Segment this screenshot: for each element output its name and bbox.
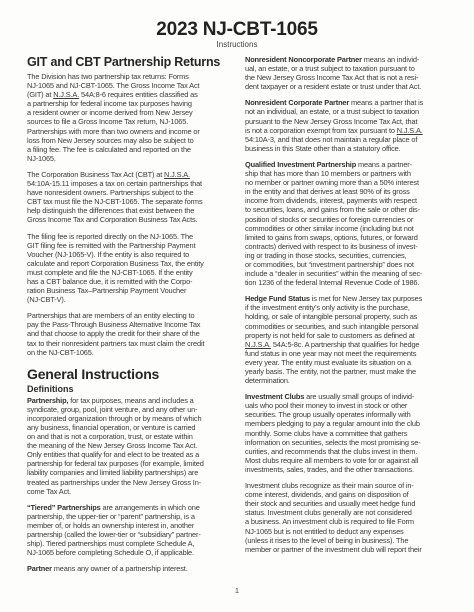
paragraph-cbt-act: The Corporation Business Tax Act (CBT) a… [27,170,231,225]
term-lead-in: Investment Clubs [245,392,304,401]
paragraph-nonresident-noncorporate: Nonresident Noncorporate Partner means a… [245,55,462,91]
document-page: 2023 NJ-CBT-1065 Instructions GIT and CB… [0,0,474,612]
paragraph-partnership-definition: Partnership, for tax purposes, means and… [27,396,231,496]
term-lead-in: Nonresident Noncorporate Partner [245,55,362,64]
term-lead-in: Qualified Investment Partnership [245,160,356,169]
paragraph-qualified-investment: Qualified Investment Partnership means a… [245,160,462,287]
body-text: Partnerships that are members of an enti… [27,311,204,356]
document-header: 2023 NJ-CBT-1065 Instructions [0,0,474,50]
body-text: for tax purposes, means and includes a s… [27,396,204,496]
paragraph-hedge-fund-status: Hedge Fund Status is met for New Jersey … [245,294,462,385]
body-text: are usually small groups of individ- ual… [245,392,421,474]
paragraph-filing-fee: The filing fee is reported directly on t… [27,232,231,305]
body-text: The Corporation Business Tax Act (CBT) a… [27,170,164,179]
statute-citation: N.J.S.A. [164,170,190,179]
body-text: 54A:8-6 requires entities classified as … [27,90,200,163]
git-cbt-heading: GIT and CBT Partnership Returns [27,55,231,69]
body-text: 54:10A-15.11 imposes a tax on certain pa… [27,179,203,224]
statute-citation: N.J.S.A. [53,90,79,99]
paragraph-tiered-partnerships: “Tiered” Partnerships are arrangements i… [27,503,231,558]
definitions-heading: Definitions [27,384,231,395]
term-lead-in: Nonresident Corporate Partner [245,98,349,107]
body-text: 54A:5-8c. A partnership that qualifies f… [245,340,419,385]
statute-citation: N.J.S.A. [397,126,423,135]
body-text: The filing fee is reported directly on t… [27,232,204,305]
left-column: GIT and CBT Partnership ReturnsThe Divis… [27,55,231,580]
term-lead-in: “Tiered” Partnerships [27,503,101,512]
paragraph-investment-clubs-income: Investment clubs recognize as their main… [245,481,462,554]
body-text: are arrangements in which one partnershi… [27,503,201,557]
paragraph-investment-clubs: Investment Clubs are usually small group… [245,392,462,474]
page-number: 1 [235,586,239,595]
two-column-layout: GIT and CBT Partnership ReturnsThe Divis… [0,50,474,580]
body-text: 54:10A-3, and that does not maintain a r… [245,135,417,153]
page-subtitle: Instructions [0,40,474,50]
right-column: Nonresident Noncorporate Partner means a… [245,55,462,561]
paragraph-nonresident-corporate: Nonresident Corporate Partner means a pa… [245,98,462,153]
term-lead-in: Hedge Fund Status [245,294,310,303]
general-instructions-heading: General Instructions [27,366,231,382]
body-text: means a partner- ship that has more than… [245,160,422,287]
body-text: Investment clubs recognize as their main… [245,481,422,554]
document-footer: 1 [0,586,474,595]
page-title: 2023 NJ-CBT-1065 [0,19,474,40]
body-text: means any owner of a partnership interes… [52,564,188,573]
term-lead-in: Partner [27,564,52,573]
statute-citation: N.J.S.A. [245,340,271,349]
paragraph-division-returns: The Division has two partnership tax ret… [27,72,231,163]
paragraph-pass-through: Partnerships that are members of an enti… [27,311,231,356]
term-lead-in: Partnership, [27,396,68,405]
paragraph-partner-definition: Partner means any owner of a partnership… [27,564,231,573]
